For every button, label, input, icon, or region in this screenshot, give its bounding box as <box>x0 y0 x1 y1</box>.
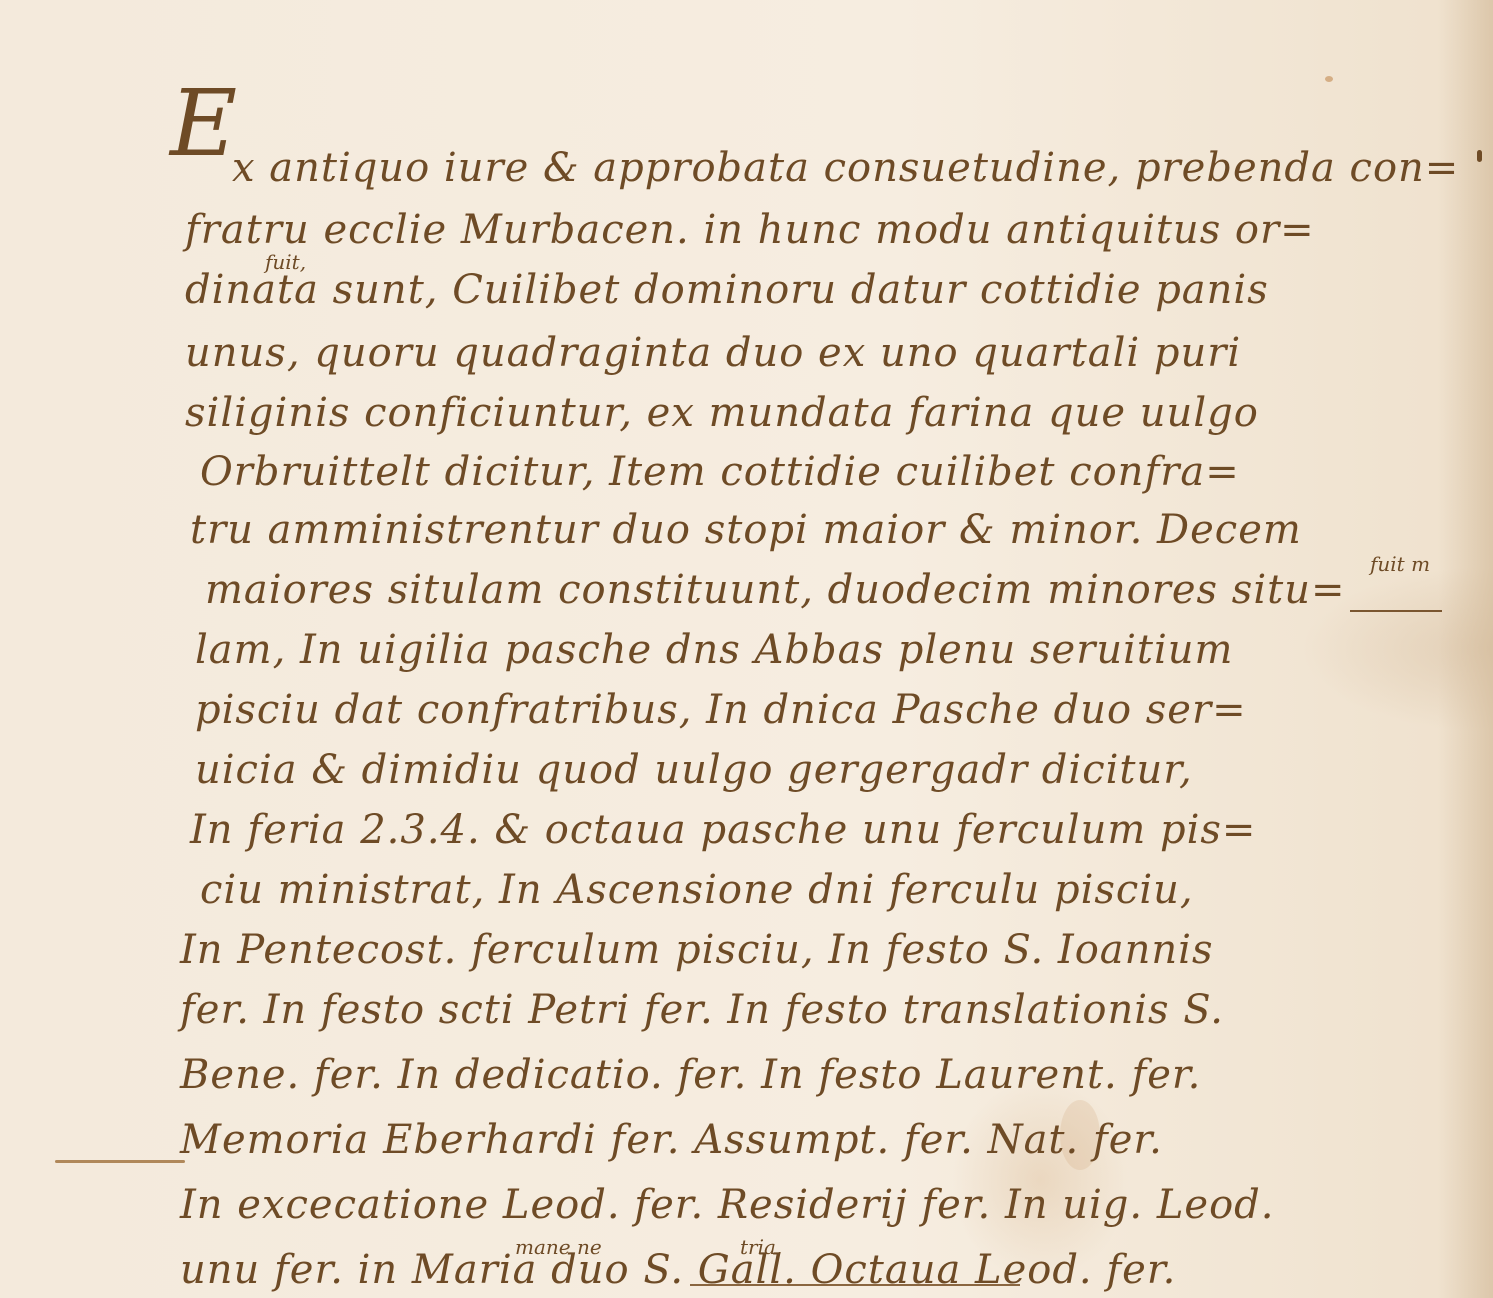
text-line-2: fratru ecclie Murbacen. in hunc modu ant… <box>185 210 1315 250</box>
text-line-18: In excecatione Leod. fer. Residerij fer.… <box>180 1185 1274 1225</box>
interlinear-note-fuit-m: fuit m <box>1370 552 1430 576</box>
interlinear-note-mane: mane ne <box>515 1235 602 1259</box>
text-line-3: dinata sunt, Cuilibet dominoru datur cot… <box>185 270 1269 310</box>
text-line-5: siliginis conficiuntur, ex mundata farin… <box>185 393 1259 433</box>
text-line-6: Orbruittelt dicitur, Item cottidie cuili… <box>200 452 1240 492</box>
text-line-1: x antiquo iure & approbata consuetudine,… <box>232 148 1459 188</box>
margin-mark <box>1477 150 1482 162</box>
text-line-19: unu fer. in Maria duo S. Gall. Octaua Le… <box>180 1250 1176 1290</box>
text-line-10: pisciu dat confratribus, In dnica Pasche… <box>195 690 1247 730</box>
text-line-17: Memoria Eberhardi fer. Assumpt. fer. Nat… <box>180 1120 1163 1160</box>
interlinear-note-tria: tria, <box>740 1235 782 1259</box>
margin-rule <box>55 1160 185 1163</box>
text-line-4: unus, quoru quadraginta duo ex uno quart… <box>185 333 1241 373</box>
text-line-7: tru amministrentur duo stopi maior & min… <box>190 510 1302 550</box>
text-line-11: uicia & dimidiu quod uulgo gergergadr di… <box>195 750 1193 790</box>
manuscript-page: E x antiquo iure & approbata consuetudin… <box>0 0 1493 1298</box>
underline-situ <box>1350 610 1442 612</box>
text-line-12: In feria 2.3.4. & octaua pasche unu ferc… <box>190 810 1256 850</box>
page-edge-shadow <box>1438 0 1493 1298</box>
ink-stain <box>1325 76 1333 82</box>
text-line-14: In Pentecost. ferculum pisciu, In festo … <box>180 930 1214 970</box>
interlinear-note-fuit: fuit, <box>265 250 306 274</box>
text-line-8: maiores situlam constituunt, duodecim mi… <box>205 570 1345 610</box>
decorated-initial: E <box>170 78 237 170</box>
text-line-9: lam, In uigilia pasche dns Abbas plenu s… <box>195 630 1233 670</box>
text-line-16: Bene. fer. In dedicatio. fer. In festo L… <box>180 1055 1201 1095</box>
text-line-15: fer. In festo scti Petri fer. In festo t… <box>180 990 1224 1030</box>
underline-duo-sgall <box>690 1284 1020 1286</box>
text-line-13: ciu ministrat, In Ascensione dni ferculu… <box>200 870 1194 910</box>
